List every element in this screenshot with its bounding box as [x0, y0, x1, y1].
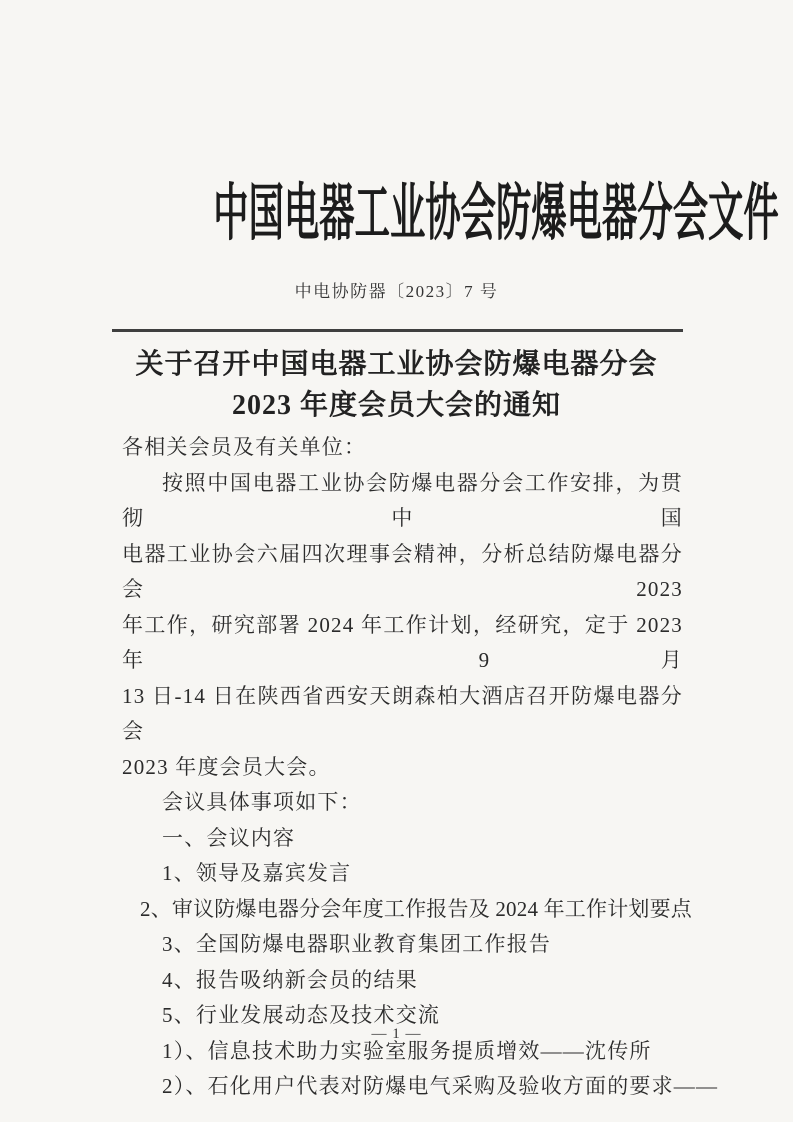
body-line: 各相关会员及有关单位：: [122, 430, 683, 466]
body-line: 3、全国防爆电器职业教育集团工作报告: [122, 927, 683, 963]
document-number: 中电协防器〔2023〕7 号: [0, 282, 793, 302]
document-title: 关于召开中国电器工业协会防爆电器分会 2023 年度会员大会的通知: [0, 344, 793, 426]
body-line: 2、审议防爆电器分会年度工作报告及 2024 年工作计划要点: [122, 892, 683, 928]
body-line: 电器工业协会六届四次理事会精神，分析总结防爆电器分会 2023: [122, 537, 683, 608]
org-headline: 中国电器工业协会防爆电器分会文件: [213, 183, 778, 245]
body-line: 13 日-14 日在陕西省西安天朗森柏大酒店召开防爆电器分会: [122, 679, 683, 750]
body-line: 2023 年度会员大会。: [122, 750, 683, 786]
body-line: 年工作，研究部署 2024 年工作计划，经研究，定于 2023 年 9 月: [122, 608, 683, 679]
org-headline-wrap: 中国电器工业协会防爆电器分会文件: [0, 183, 793, 261]
header-divider-rule: [112, 329, 683, 332]
document-body: 各相关会员及有关单位： 按照中国电器工业协会防爆电器分会工作安排，为贯彻中国 电…: [122, 430, 683, 1105]
document-title-line-2: 2023 年度会员大会的通知: [0, 385, 793, 426]
document-title-line-1: 关于召开中国电器工业协会防爆电器分会: [0, 344, 793, 385]
body-line: 一、会议内容: [122, 821, 683, 857]
page-number: — 1 —: [0, 1026, 793, 1043]
body-line: 按照中国电器工业协会防爆电器分会工作安排，为贯彻中国: [122, 466, 683, 537]
scanned-document-page: 中国电器工业协会防爆电器分会文件 中电协防器〔2023〕7 号 关于召开中国电器…: [0, 0, 793, 1122]
body-line: 2）、石化用户代表对防爆电气采购及验收方面的要求——: [122, 1069, 683, 1105]
body-line: 1、领导及嘉宾发言: [122, 856, 683, 892]
body-line: 4、报告吸纳新会员的结果: [122, 963, 683, 999]
body-line: 会议具体事项如下：: [122, 785, 683, 821]
